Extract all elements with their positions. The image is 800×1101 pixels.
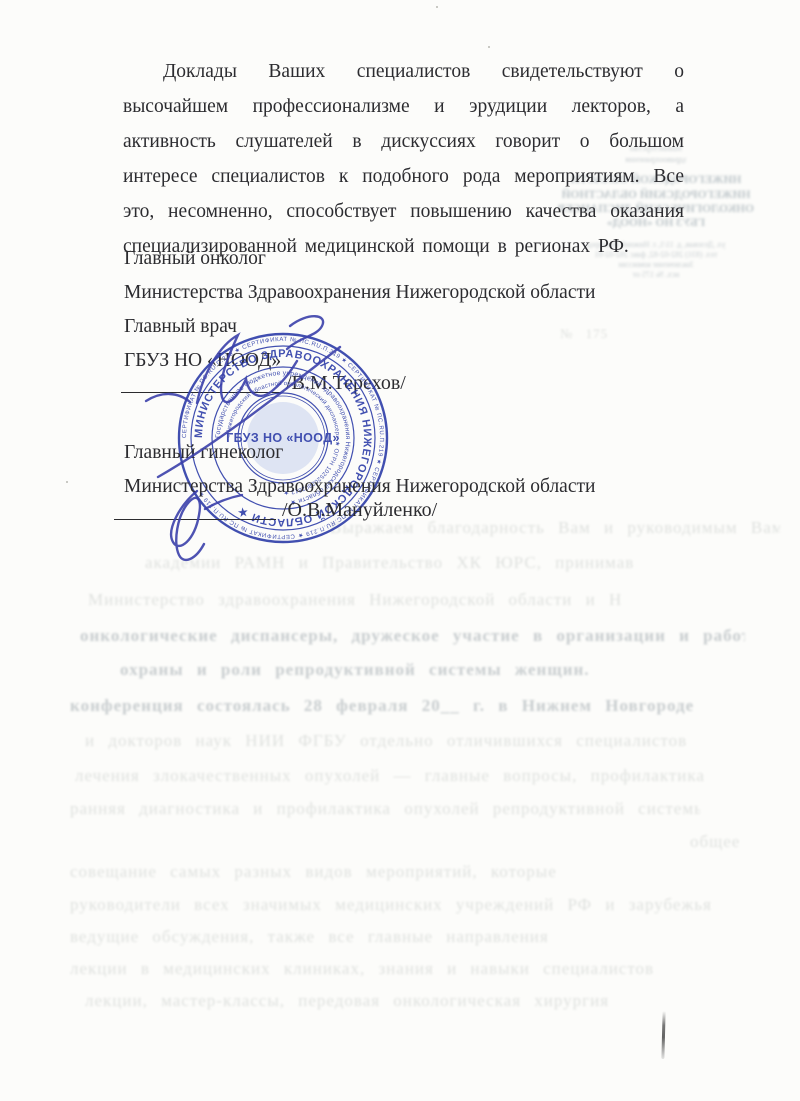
showthrough-fragment: совещание самых разных видов мероприятий…: [70, 862, 770, 882]
signature-line: [114, 517, 276, 520]
showthrough-fragment: ведущие обсуждения, также все главные на…: [70, 927, 770, 947]
letter-body-paragraph: Доклады Ваших специалистов свидетельству…: [123, 54, 684, 264]
scanned-letter-page: Министерство здравоохранения НИЖЕГОРОДСК…: [0, 0, 800, 1101]
signatory-block-gynecologist: Главный гинеколог Министерства Здравоохр…: [124, 436, 595, 504]
signatory-title: Министерства Здравоохранения Нижегородск…: [124, 276, 595, 310]
signatory-title: Главный гинеколог: [124, 436, 595, 470]
scan-speck: [436, 6, 438, 8]
showthrough-fragment: руководители всех значимых медицинских у…: [70, 895, 780, 915]
scan-speck: [66, 481, 68, 483]
showthrough-fragment: Министерство здравоохранения Нижегородск…: [88, 590, 738, 610]
showthrough-fragment: ранняя диагностика и профилактика опухол…: [70, 799, 700, 819]
showthrough-fragment: лекции в медицинских клиниках, знания и …: [70, 959, 785, 979]
scan-speck: [488, 46, 490, 48]
showthrough-fragment: охраны и роли репродуктивной системы жен…: [120, 660, 620, 680]
showthrough-fragment: и докторов наук НИИ ФГБУ отдельно отличи…: [85, 731, 735, 751]
showthrough-fragment: лекции, мастер-классы, передовая онколог…: [85, 991, 725, 1011]
showthrough-fragment: академии РАМН и Правительство ХК ЮРС, пр…: [145, 553, 705, 573]
showthrough-fragment: конференция состоялась 28 февраля 20__ г…: [70, 696, 770, 716]
signatory-name: /О.В.Мануйленко/: [282, 499, 437, 522]
scan-scratch-mark: [661, 1011, 665, 1059]
showthrough-fragment: общее: [690, 832, 780, 852]
showthrough-fragment: онкологические диспансеры, дружеское уча…: [80, 626, 745, 646]
showthrough-fragment: лечения злокачественных опухолей — главн…: [75, 766, 755, 786]
signatory-title: Главный онколог: [124, 242, 595, 276]
